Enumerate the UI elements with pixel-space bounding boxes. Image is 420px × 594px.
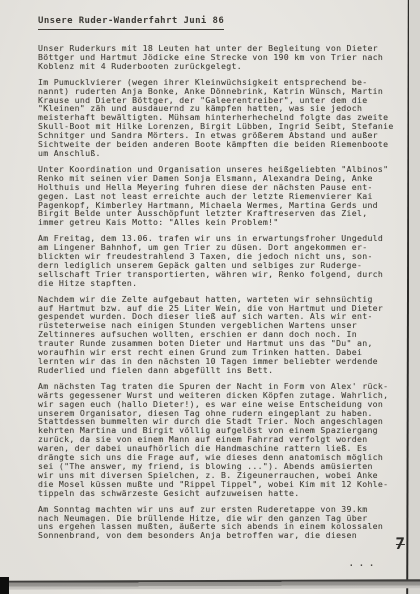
scan-edge-strip (409, 0, 420, 594)
paragraph: Unser Ruderkurs mit 18 Leuten hat unter … (38, 44, 396, 71)
page-title: Unsere Ruder-Wanderfahrt Juni 86 (38, 16, 224, 30)
paragraph: Im Pumucklvierer (wegen ihrer Kleinwüchs… (38, 78, 396, 158)
paragraph: Am nächsten Tag traten die Spuren der Na… (38, 382, 396, 498)
paragraph: Am Freitag, dem 13.06. trafen wir uns in… (38, 234, 396, 287)
scan-bottom-band (0, 579, 420, 589)
continuation-dots: ... (348, 556, 378, 569)
scanned-document-page: Unsere Ruder-Wanderfahrt Juni 86 Unser R… (0, 0, 420, 594)
paragraph: Unter Koordination und Organisation unse… (38, 165, 396, 227)
paragraph: Am Sonntag machten wir uns auf zur erste… (38, 505, 396, 541)
scan-corner-artifact (0, 577, 9, 594)
body-text: Unser Ruderkurs mit 18 Leuten hat unter … (38, 44, 396, 547)
paragraph: Nachdem wir die Zelte aufgebaut hatten, … (38, 295, 396, 375)
page-number: 7 (394, 534, 405, 553)
